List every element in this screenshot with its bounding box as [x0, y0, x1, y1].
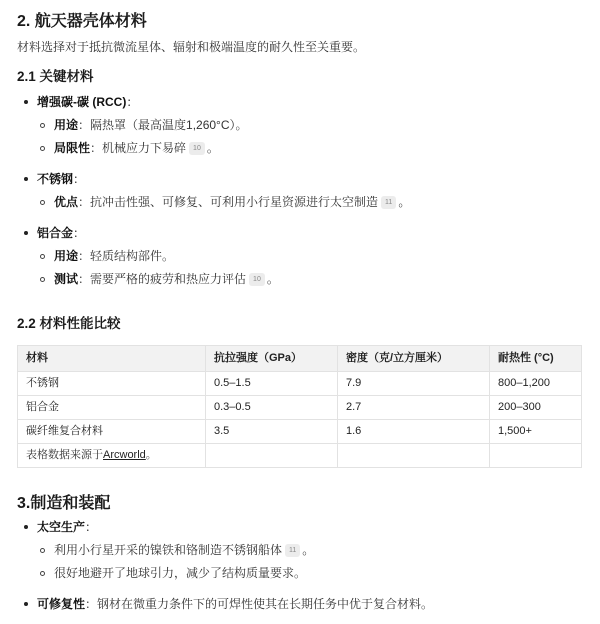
column-header: 抗拉强度（GPa）	[206, 346, 338, 372]
source-link-arcworld[interactable]: Arcworld	[103, 449, 146, 461]
subitem-text: 机械应力下易碎	[102, 139, 186, 157]
table-cell: 0.5–1.5	[206, 372, 338, 396]
subitem-text: 需要严格的疲劳和热应力评估	[90, 270, 246, 288]
item-suffix: ：	[73, 170, 85, 188]
bullet-icon	[24, 602, 28, 606]
subitem-text: 隔热罩（最高温度1,260°C）。	[90, 116, 248, 134]
table-row: 铝合金 0.3–0.5 2.7 200–300	[18, 396, 582, 420]
citation-badge[interactable]: 10	[249, 273, 265, 286]
list-subitem: 用途：轻质结构部件。	[40, 247, 174, 265]
list-subitem: 测试：需要严格的疲劳和热应力评估10。	[40, 270, 279, 288]
circle-bullet-icon	[40, 277, 45, 282]
table-cell: 不锈钢	[18, 372, 206, 396]
subitem-label: 用途	[54, 116, 78, 134]
table-cell: 7.9	[338, 372, 490, 396]
table-cell: 2.7	[338, 396, 490, 420]
subitem-end: 。	[267, 270, 279, 288]
subitem-text: 很好地避开了地球引力，减少了结构质量要求。	[54, 564, 306, 582]
table-cell	[206, 444, 338, 468]
subitem-sep: ：	[78, 193, 90, 211]
table-cell: 200–300	[490, 396, 582, 420]
citation-badge[interactable]: 11	[381, 196, 396, 209]
item-label: 增强碳-碳 (RCC)	[37, 93, 126, 111]
footnote-suffix: 。	[146, 449, 157, 461]
item-suffix: ：	[73, 224, 85, 242]
circle-bullet-icon	[40, 548, 45, 553]
subitem-text: 抗冲击性强、可修复、可利用小行星资源进行太空制造	[90, 193, 378, 211]
list-subitem: 局限性：机械应力下易碎10。	[40, 139, 219, 157]
list-item-rcc: 增强碳-碳 (RCC)：	[24, 93, 138, 111]
subitem-end: 。	[398, 193, 410, 211]
list-item-aluminium-alloy: 铝合金：	[24, 224, 85, 242]
subitem-sep: ：	[78, 270, 90, 288]
section-2-intro: 材料选择对于抵抗微流星体、辐射和极端温度的耐久性至关重要。	[17, 38, 365, 56]
section-3-title: 3.制造和装配	[17, 492, 110, 516]
bullet-icon	[24, 177, 28, 181]
subitem-sep: ：	[90, 139, 102, 157]
citation-badge[interactable]: 11	[285, 544, 300, 557]
item-suffix: ：	[85, 518, 97, 536]
subitem-label: 测试	[54, 270, 78, 288]
table-cell	[490, 444, 582, 468]
item-label: 太空生产	[37, 518, 85, 536]
materials-comparison-table: 材料 抗拉强度（GPa） 密度（克/立方厘米） 耐热性 (°C) 不锈钢 0.5…	[17, 345, 582, 468]
circle-bullet-icon	[40, 571, 45, 576]
circle-bullet-icon	[40, 254, 45, 259]
list-item-space-production: 太空生产：	[24, 518, 97, 536]
table-cell: 铝合金	[18, 396, 206, 420]
table-cell: 碳纤维复合材料	[18, 420, 206, 444]
table-cell	[338, 444, 490, 468]
subitem-label: 局限性	[54, 139, 90, 157]
list-item-stainless-steel: 不锈钢：	[24, 170, 85, 188]
subitem-end: 。	[302, 541, 314, 559]
item-sep: ：	[85, 595, 97, 613]
subitem-text: 轻质结构部件。	[90, 247, 174, 265]
column-header: 耐热性 (°C)	[490, 346, 582, 372]
citation-badge[interactable]: 10	[189, 142, 205, 155]
subitem-sep: ：	[78, 116, 90, 134]
circle-bullet-icon	[40, 200, 45, 205]
table-footnote-row: 表格数据来源于Arcworld。	[18, 444, 582, 468]
subitem-text: 利用小行星开采的镍铁和铬制造不锈钢船体	[54, 541, 282, 559]
table-cell: 800–1,200	[490, 372, 582, 396]
list-subitem: 很好地避开了地球引力，减少了结构质量要求。	[40, 564, 306, 582]
table-cell: 0.3–0.5	[206, 396, 338, 420]
table-row: 碳纤维复合材料 3.5 1.6 1,500+	[18, 420, 582, 444]
subitem-label: 优点	[54, 193, 78, 211]
column-header: 材料	[18, 346, 206, 372]
table-cell: 1,500+	[490, 420, 582, 444]
bullet-icon	[24, 231, 28, 235]
item-label: 不锈钢	[37, 170, 73, 188]
table-cell: 3.5	[206, 420, 338, 444]
circle-bullet-icon	[40, 123, 45, 128]
table-footnote: 表格数据来源于Arcworld。	[18, 444, 206, 468]
table-row: 不锈钢 0.5–1.5 7.9 800–1,200	[18, 372, 582, 396]
bullet-icon	[24, 525, 28, 529]
list-subitem: 优点：抗冲击性强、可修复、可利用小行星资源进行太空制造11。	[40, 193, 410, 211]
item-text: 钢材在微重力条件下的可焊性使其在长期任务中优于复合材料。	[97, 595, 433, 613]
list-subitem: 利用小行星开采的镍铁和铬制造不锈钢船体11。	[40, 541, 314, 559]
subsection-2-1-title: 2.1 关键材料	[17, 67, 94, 87]
subitem-end: 。	[207, 139, 219, 157]
column-header: 密度（克/立方厘米）	[338, 346, 490, 372]
circle-bullet-icon	[40, 146, 45, 151]
list-item-repairability: 可修复性：钢材在微重力条件下的可焊性使其在长期任务中优于复合材料。	[24, 595, 433, 613]
subsection-2-2-title: 2.2 材料性能比较	[17, 314, 121, 334]
section-2-title: 2. 航天器壳体材料	[17, 10, 147, 34]
footnote-prefix: 表格数据来源于	[26, 449, 103, 461]
item-label: 铝合金	[37, 224, 73, 242]
list-subitem: 用途：隔热罩（最高温度1,260°C）。	[40, 116, 248, 134]
subitem-label: 用途	[54, 247, 78, 265]
item-label: 可修复性	[37, 595, 85, 613]
table-cell: 1.6	[338, 420, 490, 444]
table-header-row: 材料 抗拉强度（GPa） 密度（克/立方厘米） 耐热性 (°C)	[18, 346, 582, 372]
item-suffix: ：	[126, 93, 138, 111]
subitem-sep: ：	[78, 247, 90, 265]
bullet-icon	[24, 100, 28, 104]
